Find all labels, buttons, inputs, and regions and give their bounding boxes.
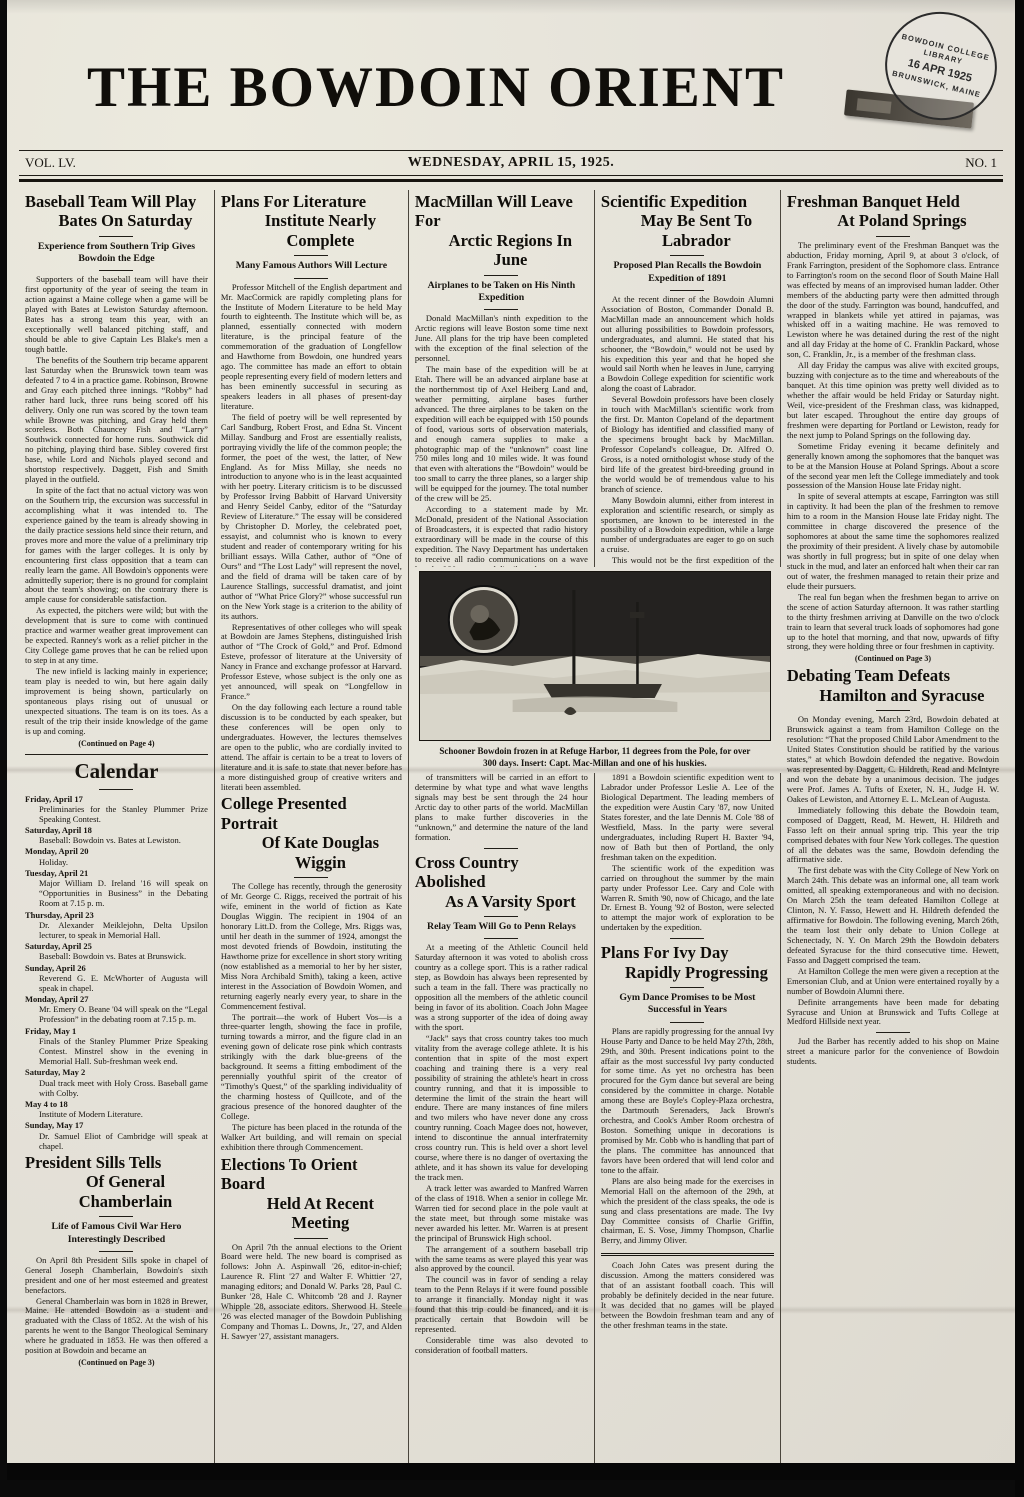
article-paragraph: The first debate was with the City Colle…	[787, 866, 999, 965]
article-sills: President Sills Tells Of General Chamber…	[25, 1153, 208, 1367]
rule	[25, 754, 208, 755]
article-subhead: Life of Famous Civil War Hero Interestin…	[27, 1221, 206, 1245]
article-body: At a meeting of the Athletic Council hel…	[415, 943, 588, 1355]
article-body: The College has recently, through the ge…	[221, 882, 402, 1152]
article-paragraph: Coach John Cates was present during the …	[601, 1261, 774, 1331]
article-paragraph: “Jack” says that cross country takes too…	[415, 1034, 588, 1183]
article-body: Donald MacMillan's ninth expedition to t…	[415, 314, 588, 567]
calendar-item: Friday, April 17Preliminaries for the St…	[25, 794, 208, 825]
dateline-bar: VOL. LV. WEDNESDAY, APRIL 15, 1925. NO. …	[19, 150, 1003, 176]
article-paragraph: At the recent dinner of the Bowdoin Alum…	[601, 295, 774, 394]
continued-note: (Continued on Page 3)	[787, 654, 999, 663]
calendar-item: Sunday, April 26Reverend G. E. McWhorter…	[25, 963, 208, 994]
calendar-text: Dr. Samuel Eliot of Cambridge will speak…	[25, 1131, 208, 1151]
rule	[670, 255, 704, 256]
article-paragraph: The council was in favor of sending a re…	[415, 1275, 588, 1335]
newspaper-title: THE BOWDOIN ORIENT	[7, 55, 865, 120]
article-subhead: Many Famous Authors Will Lecture	[223, 260, 400, 272]
scan-bottom-edge	[7, 1463, 1015, 1480]
article-paragraph: Supporters of the baseball team will hav…	[25, 275, 208, 355]
column-4-lower: 1891 a Bowdoin scientific expedition wen…	[595, 773, 781, 1480]
rule	[876, 1032, 910, 1033]
article-paragraph: According to a statement made by Mr. McD…	[415, 505, 588, 567]
calendar-item: Saturday, April 18Baseball: Bowdoin vs. …	[25, 825, 208, 845]
column-layout: Baseball Team Will Play Bates On Saturda…	[19, 190, 1005, 1480]
rule	[484, 848, 518, 849]
calendar-text: Finals of the Stanley Plummer Prize Spea…	[25, 1036, 208, 1067]
article-paragraph: On the day following each lecture a roun…	[221, 703, 402, 792]
article-paragraph: On Monday evening, March 23rd, Bowdoin d…	[787, 715, 999, 804]
calendar-item: Tuesday, April 21Major William D. Irelan…	[25, 868, 208, 909]
article-paragraph: Several Bowdoin professors have been clo…	[601, 395, 774, 494]
article-body: Professor Mitchell of the English depart…	[221, 283, 402, 793]
calendar-item: Monday, April 27Mr. Emery O. Beane '04 w…	[25, 994, 208, 1025]
article-subhead: Proposed Plan Recalls the Bowdoin Expedi…	[603, 260, 772, 284]
article-paragraph: At Hamilton College the men were given a…	[787, 967, 999, 997]
article-body: Supporters of the baseball team will hav…	[25, 275, 208, 736]
calendar-text: Dr. Alexander Meiklejohn, Delta Upsilon …	[25, 920, 208, 940]
article-headline: MacMillan Will Leave For Arctic Regions …	[415, 192, 588, 270]
article-paragraph: The field of poetry will be well represe…	[221, 413, 402, 622]
article-headline: Plans For Literature Institute Nearly Co…	[221, 192, 402, 250]
article-subhead: Relay Team Will Go to Penn Relays	[417, 921, 586, 933]
rule	[99, 1216, 133, 1217]
article-paragraph: The picture has been placed in the rotun…	[221, 1123, 402, 1153]
calendar-item: Saturday, May 2Dual track meet with Holy…	[25, 1067, 208, 1098]
columns-3-4-upper: MacMillan Will Leave For Arctic Regions …	[409, 190, 781, 567]
column-3-upper: MacMillan Will Leave For Arctic Regions …	[409, 190, 595, 567]
calendar-date: Friday, April 17	[25, 794, 208, 804]
rule	[294, 278, 328, 279]
article-paragraph: The real fun began when the freshmen beg…	[787, 593, 999, 653]
article-paragraph: The main base of the expedition will be …	[415, 365, 588, 504]
calendar-date: May 4 to 18	[25, 1099, 208, 1109]
article-paragraph: All day Friday the campus was alive with…	[787, 361, 999, 441]
article-wiggin: College Presented Portrait Of Kate Dougl…	[221, 794, 402, 1152]
calendar-item: Thursday, April 23Dr. Alexander Meiklejo…	[25, 910, 208, 941]
article-body: 1891 a Bowdoin scientific expedition wen…	[601, 773, 774, 933]
article-paragraph: Definite arrangements have been made for…	[787, 998, 999, 1028]
article-body: At the recent dinner of the Bowdoin Alum…	[601, 295, 774, 567]
article-subhead: Airplanes to be Taken on His Ninth Exped…	[417, 280, 586, 304]
article-paragraph: The arrangement of a southern baseball t…	[415, 1245, 588, 1275]
article-body: Jud the Barber has recently added to his…	[787, 1037, 999, 1067]
rule	[670, 1022, 704, 1023]
column-5: Freshman Banquet Held At Poland Springs …	[781, 190, 1005, 1480]
article-baseball: Baseball Team Will Play Bates On Saturda…	[25, 192, 208, 748]
article-paragraph: of transmitters will be carried in an ef…	[415, 773, 588, 843]
article-paragraph: The benefits of the Southern trip became…	[25, 356, 208, 485]
article-paragraph: Donald MacMillan's ninth expedition to t…	[415, 314, 588, 364]
article-body: Coach John Cates was present during the …	[601, 1261, 774, 1331]
article-headline: Scientific Expedition May Be Sent To Lab…	[601, 192, 774, 250]
article-paragraph: In spite of the fact that no actual vict…	[25, 486, 208, 605]
article-headline: President Sills Tells Of General Chamber…	[25, 1153, 208, 1211]
calendar-date: Tuesday, April 21	[25, 868, 208, 878]
volume-label: VOL. LV.	[25, 155, 76, 171]
continued-note: (Continued on Page 3)	[25, 1358, 208, 1367]
calendar-item: Monday, April 20Holiday.	[25, 846, 208, 866]
calendar-section: Calendar Friday, April 17Preliminaries f…	[25, 754, 208, 1151]
rule	[876, 236, 910, 237]
calendar-item: Saturday, April 25Baseball: Bowdoin vs. …	[25, 941, 208, 961]
calendar-text: Baseball: Bowdoin vs. Bates at Brunswick…	[25, 951, 208, 961]
expedition-photo	[419, 571, 771, 741]
article-headline: College Presented Portrait Of Kate Dougl…	[221, 794, 402, 872]
rule	[484, 309, 518, 310]
article-paragraph: This would not be the first expedition o…	[601, 556, 774, 567]
article-paragraph: On April 7th the annual elections to the…	[221, 1243, 402, 1342]
rule	[670, 987, 704, 988]
calendar-date: Thursday, April 23	[25, 910, 208, 920]
column-4-upper: Scientific Expedition May Be Sent To Lab…	[595, 190, 781, 567]
article-body: On April 7th the annual elections to the…	[221, 1243, 402, 1342]
rule	[99, 1251, 133, 1252]
article-elections: Elections To Orient Board Held At Recent…	[221, 1155, 402, 1342]
calendar-item: Friday, May 1Finals of the Stanley Plumm…	[25, 1026, 208, 1067]
calendar-date: Sunday, May 17	[25, 1120, 208, 1130]
article-paragraph: Plans are rapidly progressing for the an…	[601, 1027, 774, 1176]
article-headline: Baseball Team Will Play Bates On Saturda…	[25, 192, 208, 231]
article-paragraph: The preliminary event of the Freshman Ba…	[787, 241, 999, 360]
calendar-date: Monday, April 27	[25, 994, 208, 1004]
article-paragraph: The new infield is lacking mainly in exp…	[25, 667, 208, 737]
calendar-date: Monday, April 20	[25, 846, 208, 856]
article-paragraph: Representatives of other colleges who wi…	[221, 623, 402, 703]
calendar-text: Mr. Emery O. Beane '04 will speak on the…	[25, 1004, 208, 1024]
photo-block: Schooner Bowdoin frozen in at Refuge Har…	[409, 567, 781, 773]
article-paragraph: As expected, the pitchers were wild; but…	[25, 606, 208, 666]
rule	[99, 270, 133, 271]
rule	[294, 877, 328, 878]
continued-note: (Continued on Page 4)	[25, 739, 208, 748]
rule	[294, 255, 328, 256]
calendar-title: Calendar	[25, 759, 208, 784]
rule	[294, 1238, 328, 1239]
article-paragraph: 1891 a Bowdoin scientific expedition wen…	[601, 773, 774, 862]
article-body: On April 8th President Sills spoke in ch…	[25, 1256, 208, 1356]
article-paragraph: Considerable time was also devoted to co…	[415, 1336, 588, 1356]
calendar-text: Reverend G. E. McWhorter of Augusta will…	[25, 973, 208, 993]
article-paragraph: The scientific work of the expedition wa…	[601, 864, 774, 934]
article-headline: Elections To Orient Board Held At Recent…	[221, 1155, 402, 1233]
heavy-rule	[601, 1253, 774, 1256]
calendar-date: Sunday, April 26	[25, 963, 208, 973]
calendar-text: Holiday.	[25, 857, 208, 867]
article-headline: Freshman Banquet Held At Poland Springs	[787, 192, 999, 231]
article-paragraph: Professor Mitchell of the English depart…	[221, 283, 402, 412]
column-1: Baseball Team Will Play Bates On Saturda…	[19, 190, 215, 1480]
article-paragraph: At a meeting of the Athletic Council hel…	[415, 943, 588, 1032]
article-subhead: Gym Dance Promises to be Most Successful…	[603, 992, 772, 1016]
calendar-text: Institute of Modern Literature.	[25, 1109, 208, 1119]
newspaper-page: THE BOWDOIN ORIENT BOWDOIN COLLEGE LIBRA…	[0, 0, 1024, 1497]
column-2: Plans For Literature Institute Nearly Co…	[215, 190, 409, 1480]
masthead: THE BOWDOIN ORIENT BOWDOIN COLLEGE LIBRA…	[7, 0, 1015, 150]
article-paragraph: Plans are also being made for the exerci…	[601, 1177, 774, 1247]
article-paragraph: On April 8th President Sills spoke in ch…	[25, 1256, 208, 1296]
issue-date: WEDNESDAY, APRIL 15, 1925.	[19, 155, 1003, 171]
columns-3-4: MacMillan Will Leave For Arctic Regions …	[409, 190, 781, 1480]
scan-right-edge	[1015, 0, 1024, 1497]
article-institute: Plans For Literature Institute Nearly Co…	[221, 192, 402, 792]
article-headline: Debating Team Defeats Hamilton and Syrac…	[787, 666, 999, 705]
calendar-list: Friday, April 17Preliminaries for the St…	[25, 794, 208, 1151]
rule	[876, 710, 910, 711]
calendar-text: Major William D. Ireland '16 will speak …	[25, 878, 208, 909]
expedition-photo-art	[420, 572, 770, 740]
newspaper-paper: THE BOWDOIN ORIENT BOWDOIN COLLEGE LIBRA…	[7, 0, 1015, 1480]
rule	[484, 916, 518, 917]
article-body: of transmitters will be carried in an ef…	[415, 773, 588, 843]
calendar-text: Preliminaries for the Stanley Plummer Pr…	[25, 804, 208, 824]
issue-number: NO. 1	[965, 155, 997, 171]
rule	[99, 789, 133, 790]
calendar-text: Dual track meet with Holy Cross. Basebal…	[25, 1078, 208, 1098]
calendar-item: May 4 to 18Institute of Modern Literatur…	[25, 1099, 208, 1119]
article-paragraph: The College has recently, through the ge…	[221, 882, 402, 1011]
photo-caption: Schooner Bowdoin frozen in at Refuge Har…	[433, 745, 757, 769]
rule	[484, 275, 518, 276]
calendar-item: Sunday, May 17Dr. Samuel Eliot of Cambri…	[25, 1120, 208, 1151]
article-paragraph: Immediately following this debate the Bo…	[787, 806, 999, 866]
rule	[670, 938, 704, 939]
calendar-date: Saturday, April 25	[25, 941, 208, 951]
article-paragraph: Jud the Barber has recently added to his…	[787, 1037, 999, 1067]
article-body: The preliminary event of the Freshman Ba…	[787, 241, 999, 652]
calendar-text: Baseball: Bowdoin vs. Bates at Lewiston.	[25, 835, 208, 845]
rule	[99, 236, 133, 237]
calendar-date: Saturday, May 2	[25, 1067, 208, 1077]
barber-note: Jud the Barber has recently added to his…	[787, 1032, 999, 1067]
columns-3-4-lower: of transmitters will be carried in an ef…	[409, 773, 781, 1480]
rule	[670, 290, 704, 291]
calendar-date: Friday, May 1	[25, 1026, 208, 1036]
article-banquet: Freshman Banquet Held At Poland Springs …	[787, 192, 999, 663]
article-paragraph: Many Bowdoin alumni, either from interes…	[601, 496, 774, 556]
article-debating: Debating Team Defeats Hamilton and Syrac…	[787, 666, 999, 1027]
article-body: On Monday evening, March 23rd, Bowdoin d…	[787, 715, 999, 1027]
article-paragraph: In spite of several attempts at escape, …	[787, 492, 999, 591]
rule	[484, 938, 518, 939]
article-headline: Cross Country Abolished As A Varsity Spo…	[415, 853, 588, 911]
article-paragraph: A track letter was awarded to Manfred Wa…	[415, 1184, 588, 1244]
article-paragraph: The portrait—the work of Hubert Vos—is a…	[221, 1013, 402, 1122]
masthead-rule	[19, 179, 1003, 182]
article-subhead: Experience from Southern Trip Gives Bowd…	[27, 241, 206, 265]
article-paragraph: General Chamberlain was born in 1828 in …	[25, 1297, 208, 1357]
article-paragraph: Sometime Friday evening it became defini…	[787, 442, 999, 492]
article-body: Plans are rapidly progressing for the an…	[601, 1027, 774, 1247]
column-3-lower: of transmitters will be carried in an ef…	[409, 773, 595, 1480]
article-headline: Plans For Ivy Day Rapidly Progressing	[601, 943, 774, 982]
calendar-date: Saturday, April 18	[25, 825, 208, 835]
